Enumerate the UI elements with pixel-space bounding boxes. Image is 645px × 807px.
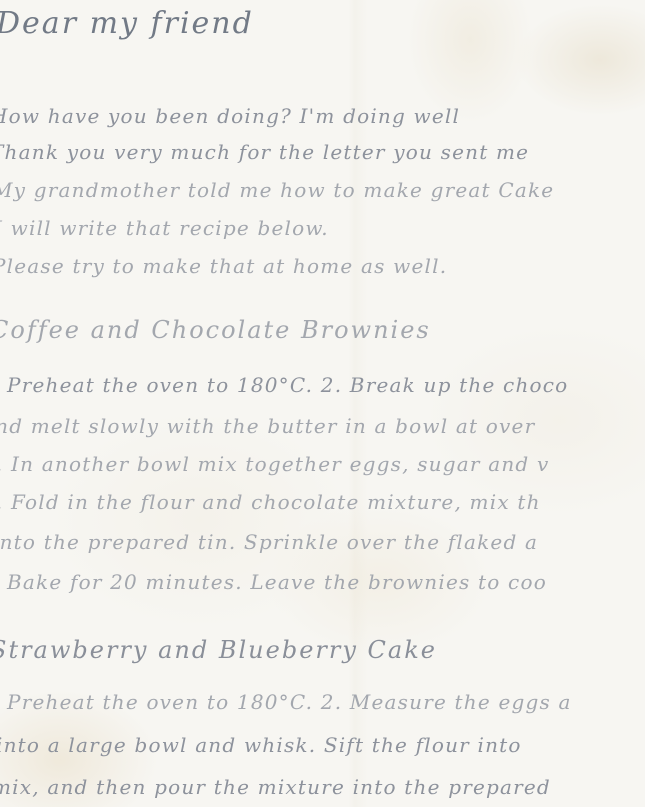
recipe-step-line: 1. Preheat the oven to 180°C. 2. Break u…	[0, 373, 568, 397]
intro-line: Thank you very much for the letter you s…	[0, 140, 529, 164]
recipe-step-line: 4. Fold in the flour and chocolate mixtu…	[0, 490, 541, 514]
recipe-step-line: and melt slowly with the butter in a bow…	[0, 414, 535, 438]
intro-line: Please try to make that at home as well.	[0, 254, 447, 278]
recipe-step-line: into the prepared tin. Sprinkle over the…	[0, 530, 538, 554]
recipe-step-line: 5. Bake for 20 minutes. Leave the browni…	[0, 570, 547, 594]
recipe-step-line: 3. In another bowl mix together eggs, su…	[0, 452, 549, 476]
salutation: Dear my friend	[0, 6, 254, 41]
intro-line: I will write that recipe below.	[0, 216, 329, 240]
recipe-title: Coffee and Chocolate Brownies	[0, 316, 431, 344]
intro-line: My grandmother told me how to make great…	[0, 178, 554, 202]
recipe-step-line: 1. Preheat the oven to 180°C. 2. Measure…	[0, 690, 572, 714]
intro-line: How have you been doing? I'm doing well	[0, 104, 460, 128]
recipe-title: Strawberry and Blueberry Cake	[0, 636, 437, 664]
recipe-step-line: mix, and then pour the mixture into the …	[0, 775, 551, 799]
recipe-step-line: into a large bowl and whisk. Sift the fl…	[0, 733, 522, 757]
